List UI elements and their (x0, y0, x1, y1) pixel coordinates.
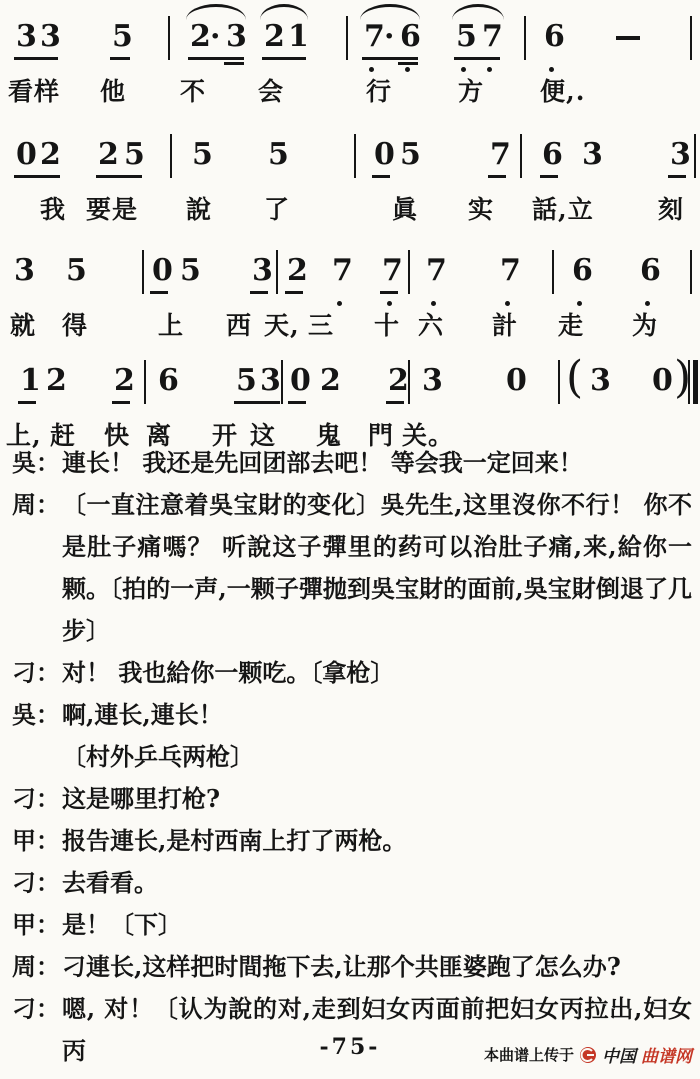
note-digit: 3 (226, 20, 247, 54)
dialogue-text: 是！〔下〕 (62, 904, 692, 946)
lyric-syllable: 我 (40, 190, 66, 226)
note-digit: 6 (640, 254, 661, 288)
dialogue-text: 〔村外乒乓两枪〕 (62, 736, 692, 778)
speaker-label: 甲： (12, 904, 62, 946)
note-digit: 2 (388, 364, 409, 398)
lyric-syllable: 得 (62, 306, 88, 342)
barline (688, 360, 690, 404)
speaker-label: 吳： (12, 442, 62, 484)
barline (524, 16, 526, 60)
dialogue-text: 对！ 我也給你一颗吃。〔拿枪〕 (62, 652, 692, 694)
note-digit: 2 (190, 20, 211, 54)
held-note-dash (616, 36, 640, 40)
note-digit: 3 (590, 364, 611, 398)
dialogue-line: 吳：連长！ 我还是先回团部去吧！ 等会我一定回来！ (12, 442, 692, 484)
note-digit: 5 (268, 138, 289, 172)
note-digit: 3 (14, 254, 35, 288)
speaker-label: 周： (12, 484, 62, 652)
beam-underline (454, 57, 500, 60)
final-barline (693, 360, 698, 404)
watermark-site-name: 中国 (602, 1042, 636, 1067)
sheet-music-page: 3352·3217·6576看样他不会行方便,.022555057633我要是說… (0, 0, 700, 1079)
beam-underline (250, 291, 268, 294)
beam-underline (540, 175, 558, 178)
slur-arc (186, 4, 246, 20)
beam-underline (96, 175, 142, 178)
note-digit: · (210, 20, 220, 54)
note-digit: 0 (16, 138, 37, 172)
note-digit: 7 (332, 254, 353, 288)
barline (168, 16, 170, 60)
lyric-syllable: 便,. (540, 72, 585, 108)
watermark-text: 本曲谱上传于 (484, 1044, 574, 1065)
note-digit: 3 (582, 138, 603, 172)
dialogue-line: 甲：报告連长,是村西南上打了两枪。 (12, 820, 692, 862)
note-digit: 7 (500, 254, 521, 288)
note-digit: 0 (290, 364, 311, 398)
dialogue-line: 刁：对！ 我也給你一颗吃。〔拿枪〕 (12, 652, 692, 694)
barline (276, 250, 278, 294)
note-digit: 6 (542, 138, 563, 172)
note-digit: 0 (374, 138, 395, 172)
note-digit: 0 (652, 364, 673, 398)
beam-underline (372, 175, 390, 178)
note-digit: 2 (40, 138, 61, 172)
beam-underline (285, 291, 303, 294)
dialogue-text: 报告連长,是村西南上打了两枪。 (62, 820, 692, 862)
beam-underline (14, 175, 60, 178)
note-digit: 3 (252, 254, 273, 288)
note-digit: 5 (192, 138, 213, 172)
lyric-syllable: 說 (186, 190, 212, 226)
note-digit: 1 (20, 364, 41, 398)
lyric-syllable: 三 (308, 306, 334, 342)
music-system: 3352·3217·6576看样他不会行方便,. (0, 8, 700, 124)
note-digit: 5 (400, 138, 421, 172)
beam-underline (288, 401, 306, 404)
lyric-syllable: 眞 (392, 190, 418, 226)
note-digit: 2 (287, 254, 308, 288)
barline (346, 16, 348, 60)
note-digit: 7 (482, 20, 503, 54)
beam-underline (112, 401, 130, 404)
note-digit: 0 (506, 364, 527, 398)
dialogue-text: 这是哪里打枪? (62, 778, 692, 820)
lyric-syllable: 行 (366, 72, 392, 108)
beam-underline (398, 62, 418, 65)
slur-arc (260, 4, 308, 20)
site-logo-icon (579, 1046, 597, 1064)
watermark-site-name-red: 曲谱网 (641, 1042, 692, 1067)
note-digit: 3 (260, 364, 281, 398)
dialogue-text: 連长！ 我还是先回团部去吧！ 等会我一定回来！ (62, 442, 692, 484)
beam-underline (234, 401, 280, 404)
beam-underline (150, 291, 168, 294)
slur-arc (452, 4, 504, 20)
lyric-syllable: 天, (264, 306, 300, 342)
lyric-syllable: 十 (374, 306, 400, 342)
dialogue-text: 啊,連长,連长！ (62, 694, 692, 736)
octave-dot (337, 301, 342, 306)
speaker-label: 周： (12, 946, 62, 988)
speaker-label: 刁： (12, 652, 62, 694)
lyric-syllable: 了 (264, 190, 290, 226)
note-digit: 5 (66, 254, 87, 288)
music-notation-section: 3352·3217·6576看样他不会行方便,.022555057633我要是說… (0, 0, 700, 440)
dialogue-line: 吳：啊,連长,連长！ (12, 694, 692, 736)
note-digit: 5 (180, 254, 201, 288)
note-digit: 5 (112, 20, 133, 54)
note-digit: 3 (670, 138, 691, 172)
speaker-label: 甲： (12, 820, 62, 862)
lyric-syllable: 要是 (86, 190, 138, 226)
beam-underline (14, 57, 58, 60)
barline (354, 134, 356, 178)
dialogue-section: 吳：連长！ 我还是先回团部去吧！ 等会我一定回来！周：〔一直注意着吳宝財的变化〕… (12, 442, 692, 1072)
barline (558, 360, 560, 404)
barline (142, 250, 144, 294)
note-digit: 2 (264, 20, 285, 54)
beam-underline (262, 57, 306, 60)
dialogue-text: 刁連长,这样把时間拖下去,让那个共匪婆跑了怎么办? (62, 946, 692, 988)
lyric-syllable: 看样 (8, 72, 60, 108)
lyric-syllable: 六 (418, 306, 444, 342)
dialogue-line: 周：〔一直注意着吳宝財的变化〕吳先生,这里沒你不行！ 你不是肚子痛嗎？ 听說这子… (12, 484, 692, 652)
music-system: 350532777766就得上西天,三十六計走为 (0, 242, 700, 358)
dialogue-line: 〔村外乒乓两枪〕 (12, 736, 692, 778)
note-digit: 0 (152, 254, 173, 288)
music-system: 022555057633我要是說了眞实話,立刻 (0, 126, 700, 242)
barline (520, 134, 522, 178)
beam-underline (380, 291, 398, 294)
dialogue-text: 去看看。 (62, 862, 692, 904)
lyric-syllable: 西 (226, 306, 252, 342)
dialogue-line: 周：刁連长,这样把时間拖下去,让那个共匪婆跑了怎么办? (12, 946, 692, 988)
dialogue-line: 甲：是！〔下〕 (12, 904, 692, 946)
lyric-syllable: 刻 (658, 190, 684, 226)
note-digit: 3 (16, 20, 37, 54)
barline (694, 134, 696, 178)
dialogue-text: 〔一直注意着吳宝財的变化〕吳先生,这里沒你不行！ 你不是肚子痛嗎？ 听說这子彈里… (62, 484, 692, 652)
note-digit: 7 (364, 20, 385, 54)
beam-underline (224, 62, 244, 65)
note-digit: 6 (400, 20, 421, 54)
lyric-syllable: 走 (558, 306, 584, 342)
note-digit: 3 (40, 20, 61, 54)
dialogue-line: 刁：这是哪里打枪? (12, 778, 692, 820)
watermark: 本曲谱上传于 中国曲谱网 (484, 1042, 692, 1067)
barline (144, 360, 146, 404)
lyric-syllable: 就 (10, 306, 36, 342)
note-digit: 5 (456, 20, 477, 54)
lyric-syllable: 上 (158, 306, 184, 342)
lyric-syllable: 会 (258, 72, 284, 108)
lyric-syllable: 計 (492, 306, 518, 342)
lyric-syllable: 他 (100, 72, 126, 108)
beam-underline (110, 57, 130, 60)
octave-dot (487, 67, 492, 72)
speaker-label: 刁： (12, 862, 62, 904)
slur-arc (360, 4, 420, 20)
note-digit: 6 (572, 254, 593, 288)
dialogue-line: 刁：去看看。 (12, 862, 692, 904)
barline (552, 250, 554, 294)
note-digit: 7 (382, 254, 403, 288)
barline (408, 250, 410, 294)
lyric-syllable: 方 (458, 72, 484, 108)
barline (408, 360, 410, 404)
lyric-syllable: 为 (632, 306, 658, 342)
lyric-syllable: 話,立 (532, 190, 594, 226)
note-digit: 1 (288, 20, 309, 54)
barline (170, 134, 172, 178)
note-digit: 2 (114, 364, 135, 398)
note-digit: ( (566, 356, 583, 400)
lyric-syllable: 实 (468, 190, 494, 226)
speaker-label (12, 736, 62, 778)
speaker-label: 吳： (12, 694, 62, 736)
note-digit: 7 (426, 254, 447, 288)
note-digit: 6 (544, 20, 565, 54)
note-digit: · (384, 20, 394, 54)
beam-underline (18, 401, 36, 404)
note-digit: 6 (158, 364, 179, 398)
beam-underline (488, 175, 506, 178)
barline (690, 250, 692, 294)
barline (281, 360, 283, 404)
note-digit: 2 (46, 364, 67, 398)
note-digit: 2 (98, 138, 119, 172)
speaker-label: 刁： (12, 778, 62, 820)
note-digit: 5 (124, 138, 145, 172)
lyric-syllable: 不 (180, 72, 206, 108)
note-digit: 2 (320, 364, 341, 398)
note-digit: 3 (422, 364, 443, 398)
beam-underline (668, 175, 686, 178)
beam-underline (188, 57, 244, 60)
note-digit: 7 (490, 138, 511, 172)
barline (690, 16, 692, 60)
octave-dot (405, 67, 410, 72)
beam-underline (386, 401, 404, 404)
beam-underline (362, 57, 418, 60)
note-digit: 5 (236, 364, 257, 398)
